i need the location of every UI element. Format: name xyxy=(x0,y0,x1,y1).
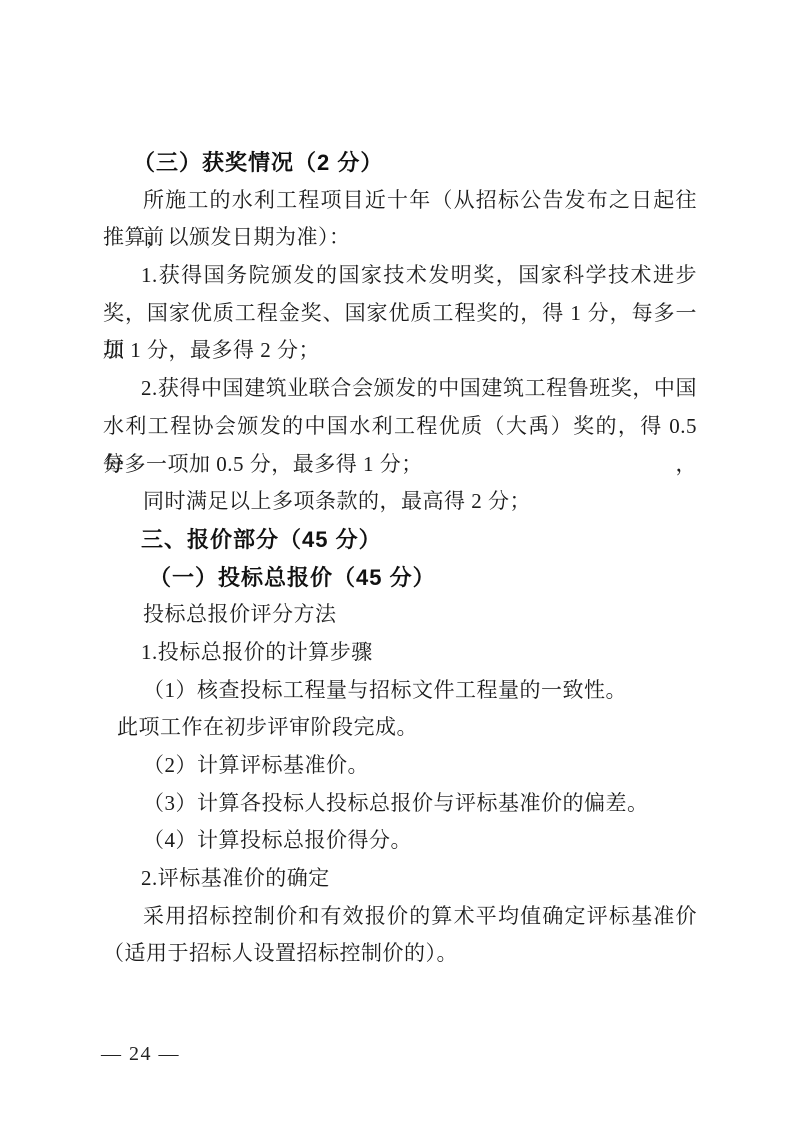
doc-line: 采用招标控制价和有效报价的算术平均值确定评标基准价 xyxy=(103,898,697,936)
doc-line: （4）计算投标总报价得分。 xyxy=(103,822,697,860)
doc-line: 2.获得中国建筑业联合会颁发的中国建筑工程鲁班奖，中国 xyxy=(103,370,697,408)
doc-line: 此项工作在初步评审阶段完成。 xyxy=(103,709,697,747)
doc-line: 1.投标总报价的计算步骤 xyxy=(103,634,697,672)
page-number: — 24 — xyxy=(101,1041,180,1067)
doc-line: 加 1 分，最多得 2 分； xyxy=(103,332,697,370)
doc-line: （3）计算各投标人投标总报价与评标基准价的偏差。 xyxy=(103,785,697,823)
doc-line: （适用于招标人设置招标控制价的）。 xyxy=(103,935,697,973)
doc-line: 同时满足以上多项条款的，最高得 2 分； xyxy=(103,483,697,521)
heading-total-bid-price: （一）投标总报价（45 分） xyxy=(103,559,697,597)
doc-line: 水利工程协会颁发的中国水利工程优质（大禹）奖的，得 0.5 分， xyxy=(103,408,697,446)
doc-line: （1）核查投标工程量与招标文件工程量的一致性。 xyxy=(103,672,697,710)
doc-line: 1.获得国务院颁发的国家技术发明奖，国家科学技术进步 xyxy=(103,257,697,295)
heading-price-section: 三、报价部分（45 分） xyxy=(103,521,697,559)
heading-awards-section: （三）获奖情况（2 分） xyxy=(103,144,697,182)
document-page: （三）获奖情况（2 分）所施工的水利工程项目近十年（从招标公告发布之日起往前推算… xyxy=(0,0,793,1122)
doc-line: 所施工的水利工程项目近十年（从招标公告发布之日起往前 xyxy=(103,182,697,220)
doc-line: 奖，国家优质工程金奖、国家优质工程奖的，得 1 分，每多一项 xyxy=(103,295,697,333)
doc-line: 2.评标基准价的确定 xyxy=(103,860,697,898)
doc-line: 投标总报价评分方法 xyxy=(103,596,697,634)
document-body: （三）获奖情况（2 分）所施工的水利工程项目近十年（从招标公告发布之日起往前推算… xyxy=(103,144,697,973)
doc-line: 推算，以颁发日期为准）： xyxy=(103,219,697,257)
doc-line: （2）计算评标基准价。 xyxy=(103,747,697,785)
